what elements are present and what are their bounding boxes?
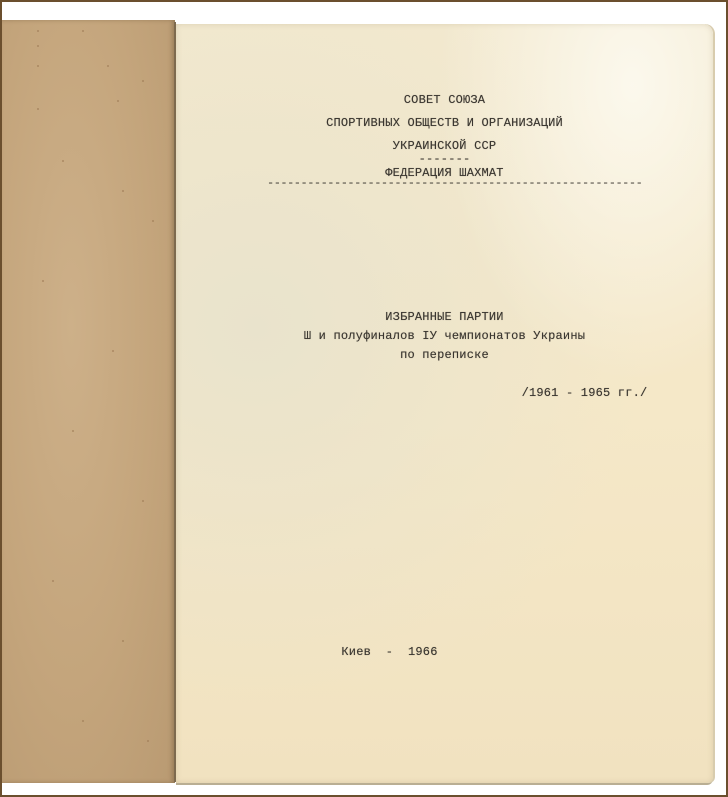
left-page-cover	[2, 20, 175, 783]
title-line-1: ИЗБРАННЫЕ ПАРТИИ	[176, 310, 713, 324]
title-line-3: по переписке	[176, 348, 713, 362]
title-page: СОВЕТ СОЮЗА СПОРТИВНЫХ ОБЩЕСТВ И ОРГАНИЗ…	[176, 24, 713, 783]
footer-place-year: Киев - 1966	[121, 645, 658, 659]
header-line-1: СОВЕТ СОЮЗА	[176, 93, 713, 107]
header-line-3: УКРАИНСКОЙ ССР	[176, 139, 713, 153]
header-line-2: СПОРТИВНЫХ ОБЩЕСТВ И ОРГАНИЗАЦИЙ	[176, 116, 713, 130]
header-separator-short: -------	[176, 152, 713, 166]
header-separator-long: ----------------------------------------…	[267, 176, 642, 190]
title-line-2: Ш и полуфиналов IУ чемпионатов Украины	[176, 329, 713, 343]
title-years: /1961 - 1965 гг./	[316, 386, 728, 400]
